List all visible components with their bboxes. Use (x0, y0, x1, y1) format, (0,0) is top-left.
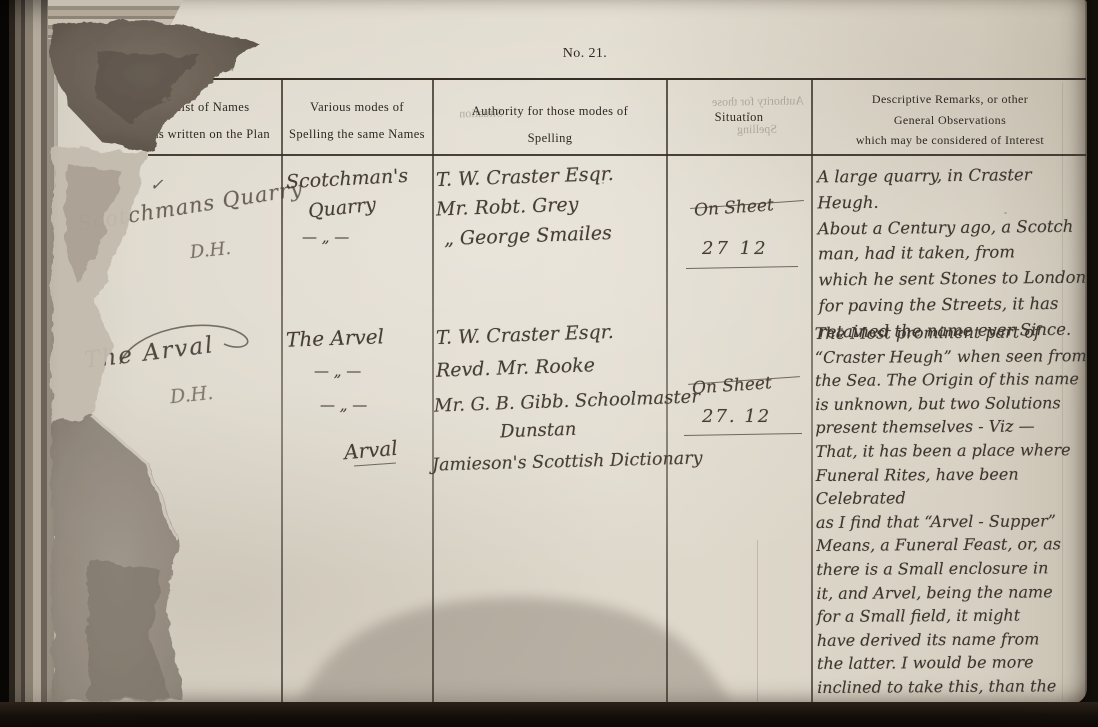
row2-remarks: The Most prominent part of “Craster Heug… (815, 320, 1098, 723)
row2-situation-ref: 27. 12 (702, 406, 771, 427)
row2-spelling-ditto-1: — „ — (314, 362, 361, 380)
row2-initials: D.H. (169, 382, 214, 408)
row1-initials: D.H. (189, 238, 232, 263)
row1-spelling-ditto: — „ — (302, 228, 349, 246)
bleedthrough-text: Authority for those (688, 93, 828, 110)
column-divider-2 (432, 80, 434, 703)
column-divider-4 (811, 80, 813, 703)
row2-spelling-ditto-2: — „ — (320, 396, 367, 414)
scanned-register-page: Situation Authority for those Spelling N… (0, 0, 1098, 727)
column-header-names: List of Names as written on the Plan (142, 94, 281, 148)
row2-spelling-1: The Arvel (286, 324, 385, 351)
column-divider-1 (281, 80, 283, 703)
column-header-situation: Situation (668, 110, 810, 125)
row1-remarks: A large quarry, in Craster Heugh. About … (817, 162, 1091, 345)
header-bottom-rule (148, 154, 1086, 156)
row2-spelling-2: Arval (343, 436, 399, 465)
table-top-rule (142, 78, 1086, 80)
column-header-remarks: Descriptive Remarks, or other General Ob… (814, 89, 1086, 151)
row1-situation-ref: 27 12 (702, 238, 769, 259)
paper-speck (1004, 212, 1007, 214)
vertical-crease (757, 540, 758, 702)
paper-speck (748, 112, 750, 115)
paper-speck (602, 182, 604, 184)
scan-right-edge (1085, 0, 1098, 727)
row1-checkmark: ✓ (150, 175, 163, 194)
page-number: No. 21. (545, 46, 625, 62)
scan-bottom-edge (0, 702, 1098, 727)
column-header-authority: Authority for those modes of Spelling (436, 98, 664, 152)
paper-speck (228, 48, 232, 53)
row2-authority-3b: Dunstan (500, 419, 577, 443)
column-header-spelling: Various modes of Spelling the same Names (284, 94, 430, 148)
book-spine-edge (0, 0, 58, 727)
